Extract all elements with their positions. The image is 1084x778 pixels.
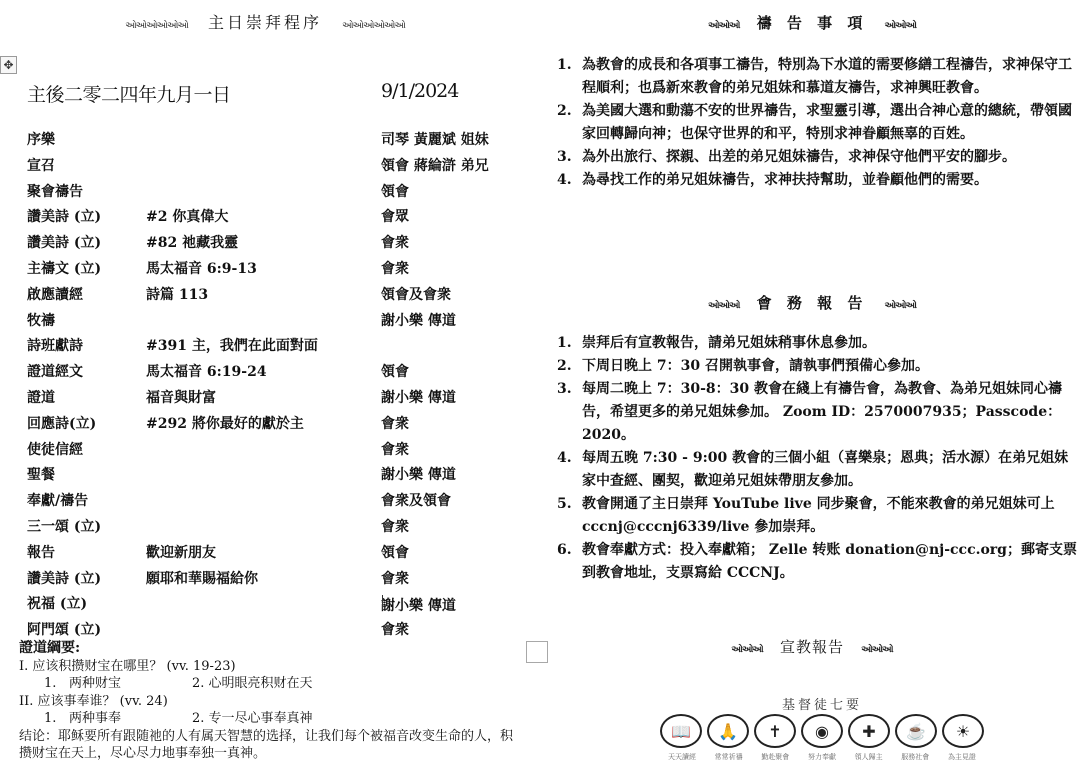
list-item: 1.崇拜后有宣教報告，請弟兄姐妹稍事休息參加。 [557,332,1077,355]
order-leader: 會衆 [381,413,409,433]
text-cursor [382,595,383,610]
outline-conclusion: 结论：耶稣要所有跟随祂的人有属天智慧的选择，让我们每个被福音改变生命的人，积攒财… [19,728,524,763]
seven-essentials-title: 基督徒七要 [660,694,984,712]
list-text: 為外出旅行、探親、出差的弟兄姐妹禱告，求神保守他們平安的腳步。 [582,149,1016,165]
list-text: 每周二晚上 7：30-8：30 教會在綫上有禱告會，為教會、為弟兄姐妹同心禱告，… [582,381,1062,443]
ornament-icon: ઓઓઓ [708,301,739,311]
seven-essentials-graphic: 基督徒七要 📖 🙏 ✝ ◉ ✚ ☕ ☀ 天天讀經 常常祈禱 勤赴聚會 努力奉獻 … [660,694,984,766]
order-content: #292 將你最好的獻於主 [146,413,304,433]
date-numeric: 9/1/2024 [381,80,458,102]
table-row: 聖餐謝小樂 傳道 [27,462,517,488]
table-row: 讚美詩 (立)#82 祂藏我靈會衆 [27,230,517,256]
order-item: 證道 [27,387,55,407]
order-item: 詩班獻詩 [27,335,83,355]
outline-subpoints-2: 1.两种事奉2. 专一尽心事奉真神 [19,710,524,728]
order-item: 回應詩(立) [27,413,96,433]
table-row: 證道福音與財富謝小樂 傳道 [27,385,517,411]
list-item: 1.為教會的成長和各項事工禱告，特別為下水道的需要修繕工程禱告，求神保守工程順利… [557,54,1077,100]
service-icon: ☕ [895,714,937,748]
candle-witness-icon: ☀ [942,714,984,748]
list-number: 3. [557,378,572,401]
order-item: 證道經文 [27,361,83,381]
list-number: 6. [557,539,572,562]
order-item: 讚美詩 (立) [27,232,101,252]
list-text: 下周日晚上 7：30 召開執事會，請執事們預備心參加。 [582,358,929,374]
list-number: 4. [557,447,572,470]
subpoint-text: 专一尽心事奉真神 [209,711,313,726]
order-item: 三一頌 (立) [27,516,101,536]
subpoint-number: 1. [44,675,69,693]
prayer-requests-title: ઓઓઓ 禱 告 事 項 ઓઓઓ [540,12,1084,33]
bible-reading-icon: 📖 [660,714,702,748]
subpoint-text: 心明眼亮积财在天 [209,676,313,691]
essential-label: 天天讀經 [660,752,704,762]
seven-essentials-icons: 📖 🙏 ✝ ◉ ✚ ☕ ☀ [660,714,984,750]
list-item: 2.下周日晚上 7：30 召開執事會，請執事們預備心參加。 [557,355,1077,378]
essential-label: 領人歸主 [847,752,891,762]
order-leader: 謝小樂 傳道 [381,595,456,615]
ornament-icon: ઓઓઓ [731,645,762,655]
list-number: 5. [557,493,572,516]
list-text: 崇拜后有宣教報告，請弟兄姐妹稍事休息參加。 [582,335,876,351]
order-leader: 領會 [381,181,409,201]
table-row: 奉獻/禱告會衆及領會 [27,488,517,514]
list-item: 2.為美國大選和動蕩不安的世界禱告，求聖靈引導，選出合神心意的總統，帶領國家回轉… [557,100,1077,146]
list-text: 為美國大選和動蕩不安的世界禱告，求聖靈引導，選出合神心意的總統，帶領國家回轉歸向… [582,103,1072,142]
order-leader: 領會及會衆 [381,284,451,304]
church-gathering-icon: ✝ [754,714,796,748]
order-item: 序樂 [27,129,55,149]
order-content: 願耶和華賜福給你 [146,568,258,588]
order-leader: 領會 [381,542,409,562]
table-row: 證道經文馬太福音 6:19-24領會 [27,359,517,385]
order-item: 啟應讀經 [27,284,83,304]
outline-subpoints-1: 1.两种财宝2. 心明眼亮积财在天 [19,675,524,693]
worship-order-page: ઓઓઓઓઓઓ 主日崇拜程序 ઓઓઓઓઓઓ ✥ 主後二零二四年九月一日 9/1/2… [0,0,530,778]
table-row: 序樂司琴 黃麗斌 姐妹 [27,127,517,153]
ornament-icon: ઓઓઓ [861,645,892,655]
announcements-page: ઓઓઓ 禱 告 事 項 ઓઓઓ 1.為教會的成長和各項事工禱告，特別為下水道的需… [540,0,1084,778]
list-item: 6.教會奉獻方式：投入奉獻箱； Zelle 转账 donation@nj-ccc… [557,539,1077,585]
order-content: #2 你真偉大 [146,206,228,226]
order-item: 宣召 [27,155,55,175]
list-text: 教會開通了主日崇拜 YouTube live 同步聚會，不能來教會的弟兄姐妹可上… [582,496,1055,535]
order-leader: 會衆 [381,568,409,588]
order-item: 奉獻/禱告 [27,490,88,510]
list-text: 為教會的成長和各項事工禱告，特別為下水道的需要修繕工程禱告，求神保守工程順利；也… [582,57,1072,96]
list-text: 為尋找工作的弟兄姐妹禱告，求神扶持幫助，並眷顧他們的需要。 [582,172,988,188]
list-text: 教會奉獻方式：投入奉獻箱； Zelle 转账 donation@nj-ccc.o… [582,542,1077,581]
subpoint-number: 2. [192,711,204,726]
order-content: 詩篇 113 [146,284,208,304]
list-number: 1. [557,332,572,355]
ornament-icon: ઓઓઓઓઓઓ [125,21,188,31]
order-leader: 會衆 [381,619,409,639]
list-number: 3. [557,146,572,169]
order-leader: 會衆 [381,258,409,278]
table-move-handle-icon[interactable]: ✥ [0,56,17,74]
order-content: #82 祂藏我靈 [146,232,238,252]
order-leader: 司琴 黃麗斌 姐妹 [381,129,489,149]
order-item: 讚美詩 (立) [27,206,101,226]
order-content: 歡迎新朋友 [146,542,216,562]
order-content: 福音與財富 [146,387,216,407]
worship-order-table[interactable]: 序樂司琴 黃麗斌 姐妹 宣召領會 蔣綸滸 弟兄 聚會禱告領會 讚美詩 (立)#2… [27,127,517,643]
church-announcements-title: ઓઓઓ 會 務 報 告 ઓઓઓ [540,292,1084,313]
prayer-requests-list: 1.為教會的成長和各項事工禱告，特別為下水道的需要修繕工程禱告，求神保守工程順利… [557,54,1077,192]
table-row: 回應詩(立)#292 將你最好的獻於主會衆 [27,411,517,437]
order-leader: 謝小樂 傳道 [381,310,456,330]
table-row: 祝福 (立)謝小樂 傳道 [27,591,517,617]
table-row: 讚美詩 (立)願耶和華賜福給你會衆 [27,566,517,592]
ornament-icon: ઓઓઓઓઓઓ [342,21,405,31]
praying-icon: 🙏 [707,714,749,748]
list-item: 5.教會開通了主日崇拜 YouTube live 同步聚會，不能來教會的弟兄姐妹… [557,493,1077,539]
prayer-requests-title-text: 禱 告 事 項 [757,14,868,32]
table-row: 三一頌 (立)會衆 [27,514,517,540]
list-number: 1. [557,54,572,77]
list-number: 4. [557,169,572,192]
table-row: 聚會禱告領會 [27,179,517,205]
list-number: 2. [557,355,572,378]
essential-label: 服務社會 [893,752,937,762]
order-item: 祝福 (立) [27,593,87,613]
evangelism-icon: ✚ [848,714,890,748]
worship-order-title-text: 主日崇拜程序 [208,13,322,32]
outline-point-2: II. 应该事奉谁？ (vv. 24) [19,693,524,711]
sermon-outline-title: 證道綱要: [19,640,524,658]
list-number: 2. [557,100,572,123]
order-leader: 謝小樂 傳道 [381,387,456,407]
subpoint-text: 两种事奉 [69,710,192,728]
list-item: 4.每周五晚 7:30 - 9:00 教會的三個小組（喜樂泉；恩典；活水源）在弟… [557,447,1077,493]
church-announcements-title-text: 會 務 報 告 [757,294,868,312]
table-row: 宣召領會 蔣綸滸 弟兄 [27,153,517,179]
order-content: 馬太福音 6:19-24 [146,361,267,381]
essential-label: 常常祈禱 [707,752,751,762]
essential-label: 為主見證 [940,752,984,762]
essential-label: 努力奉獻 [800,752,844,762]
list-text: 每周五晚 7:30 - 9:00 教會的三個小組（喜樂泉；恩典；活水源）在弟兄姐… [582,450,1068,489]
order-item: 阿門頌 (立) [27,619,101,639]
ornament-icon: ઓઓઓ [708,21,739,31]
list-item: 3.每周二晚上 7：30-8：30 教會在綫上有禱告會，為教會、為弟兄姐妹同心禱… [557,378,1077,447]
order-content: 馬太福音 6:9-13 [146,258,257,278]
order-item: 讚美詩 (立) [27,568,101,588]
order-leader: 會衆 [381,516,409,536]
table-row: 讚美詩 (立)#2 你真偉大會眾 [27,204,517,230]
outline-point-1: I. 应该积攒财宝在哪里？ (vv. 19-23) [19,658,524,676]
list-item: 3.為外出旅行、探親、出差的弟兄姐妹禱告，求神保守他們平安的腳步。 [557,146,1077,169]
table-row: 牧禱謝小樂 傳道 [27,308,517,334]
order-leader: 領會 蔣綸滸 弟兄 [381,155,489,175]
order-leader: 會眾 [381,206,409,226]
giving-icon: ◉ [801,714,843,748]
church-announcements-list: 1.崇拜后有宣教報告，請弟兄姐妹稍事休息參加。 2.下周日晚上 7：30 召開執… [557,332,1077,585]
order-item: 聚會禱告 [27,181,83,201]
missions-report-title-text: 宣教報告 [780,638,844,656]
table-row: 報告歡迎新朋友領會 [27,540,517,566]
list-item: 4.為尋找工作的弟兄姐妹禱告，求神扶持幫助，並眷顧他們的需要。 [557,169,1077,192]
order-leader: 會衆 [381,232,409,252]
table-row: 主禱文 (立)馬太福音 6:9-13會衆 [27,256,517,282]
order-leader: 領會 [381,361,409,381]
order-leader: 會衆 [381,439,409,459]
table-row: 使徒信經會衆 [27,437,517,463]
order-leader: 會衆及領會 [381,490,451,510]
subpoint-number: 2. [192,676,204,691]
ornament-icon: ઓઓઓ [885,21,916,31]
subpoint-number: 1. [44,710,69,728]
table-row: 啟應讀經詩篇 113領會及會衆 [27,282,517,308]
order-item: 使徒信經 [27,439,83,459]
essential-label: 勤赴聚會 [753,752,797,762]
order-item: 聖餐 [27,464,55,484]
date-chinese: 主後二零二四年九月一日 [27,80,231,107]
order-content: #391 主，我們在此面對面 [146,335,318,355]
worship-order-title: ઓઓઓઓઓઓ 主日崇拜程序 ઓઓઓઓઓઓ [0,10,530,33]
order-item: 牧禱 [27,310,55,330]
order-item: 主禱文 (立) [27,258,101,278]
order-leader: 謝小樂 傳道 [381,464,456,484]
missions-report-title: ઓઓઓ 宣教報告 ઓઓઓ [540,636,1084,657]
subpoint-text: 两种财宝 [69,675,192,693]
sermon-outline: 證道綱要: I. 应该积攒财宝在哪里？ (vv. 19-23) 1.两种财宝2.… [19,640,524,763]
order-item: 報告 [27,542,55,562]
table-row: 詩班獻詩#391 主，我們在此面對面 [27,333,517,359]
ornament-icon: ઓઓઓ [885,301,916,311]
seven-essentials-labels: 天天讀經 常常祈禱 勤赴聚會 努力奉獻 領人歸主 服務社會 為主見證 [660,752,984,762]
